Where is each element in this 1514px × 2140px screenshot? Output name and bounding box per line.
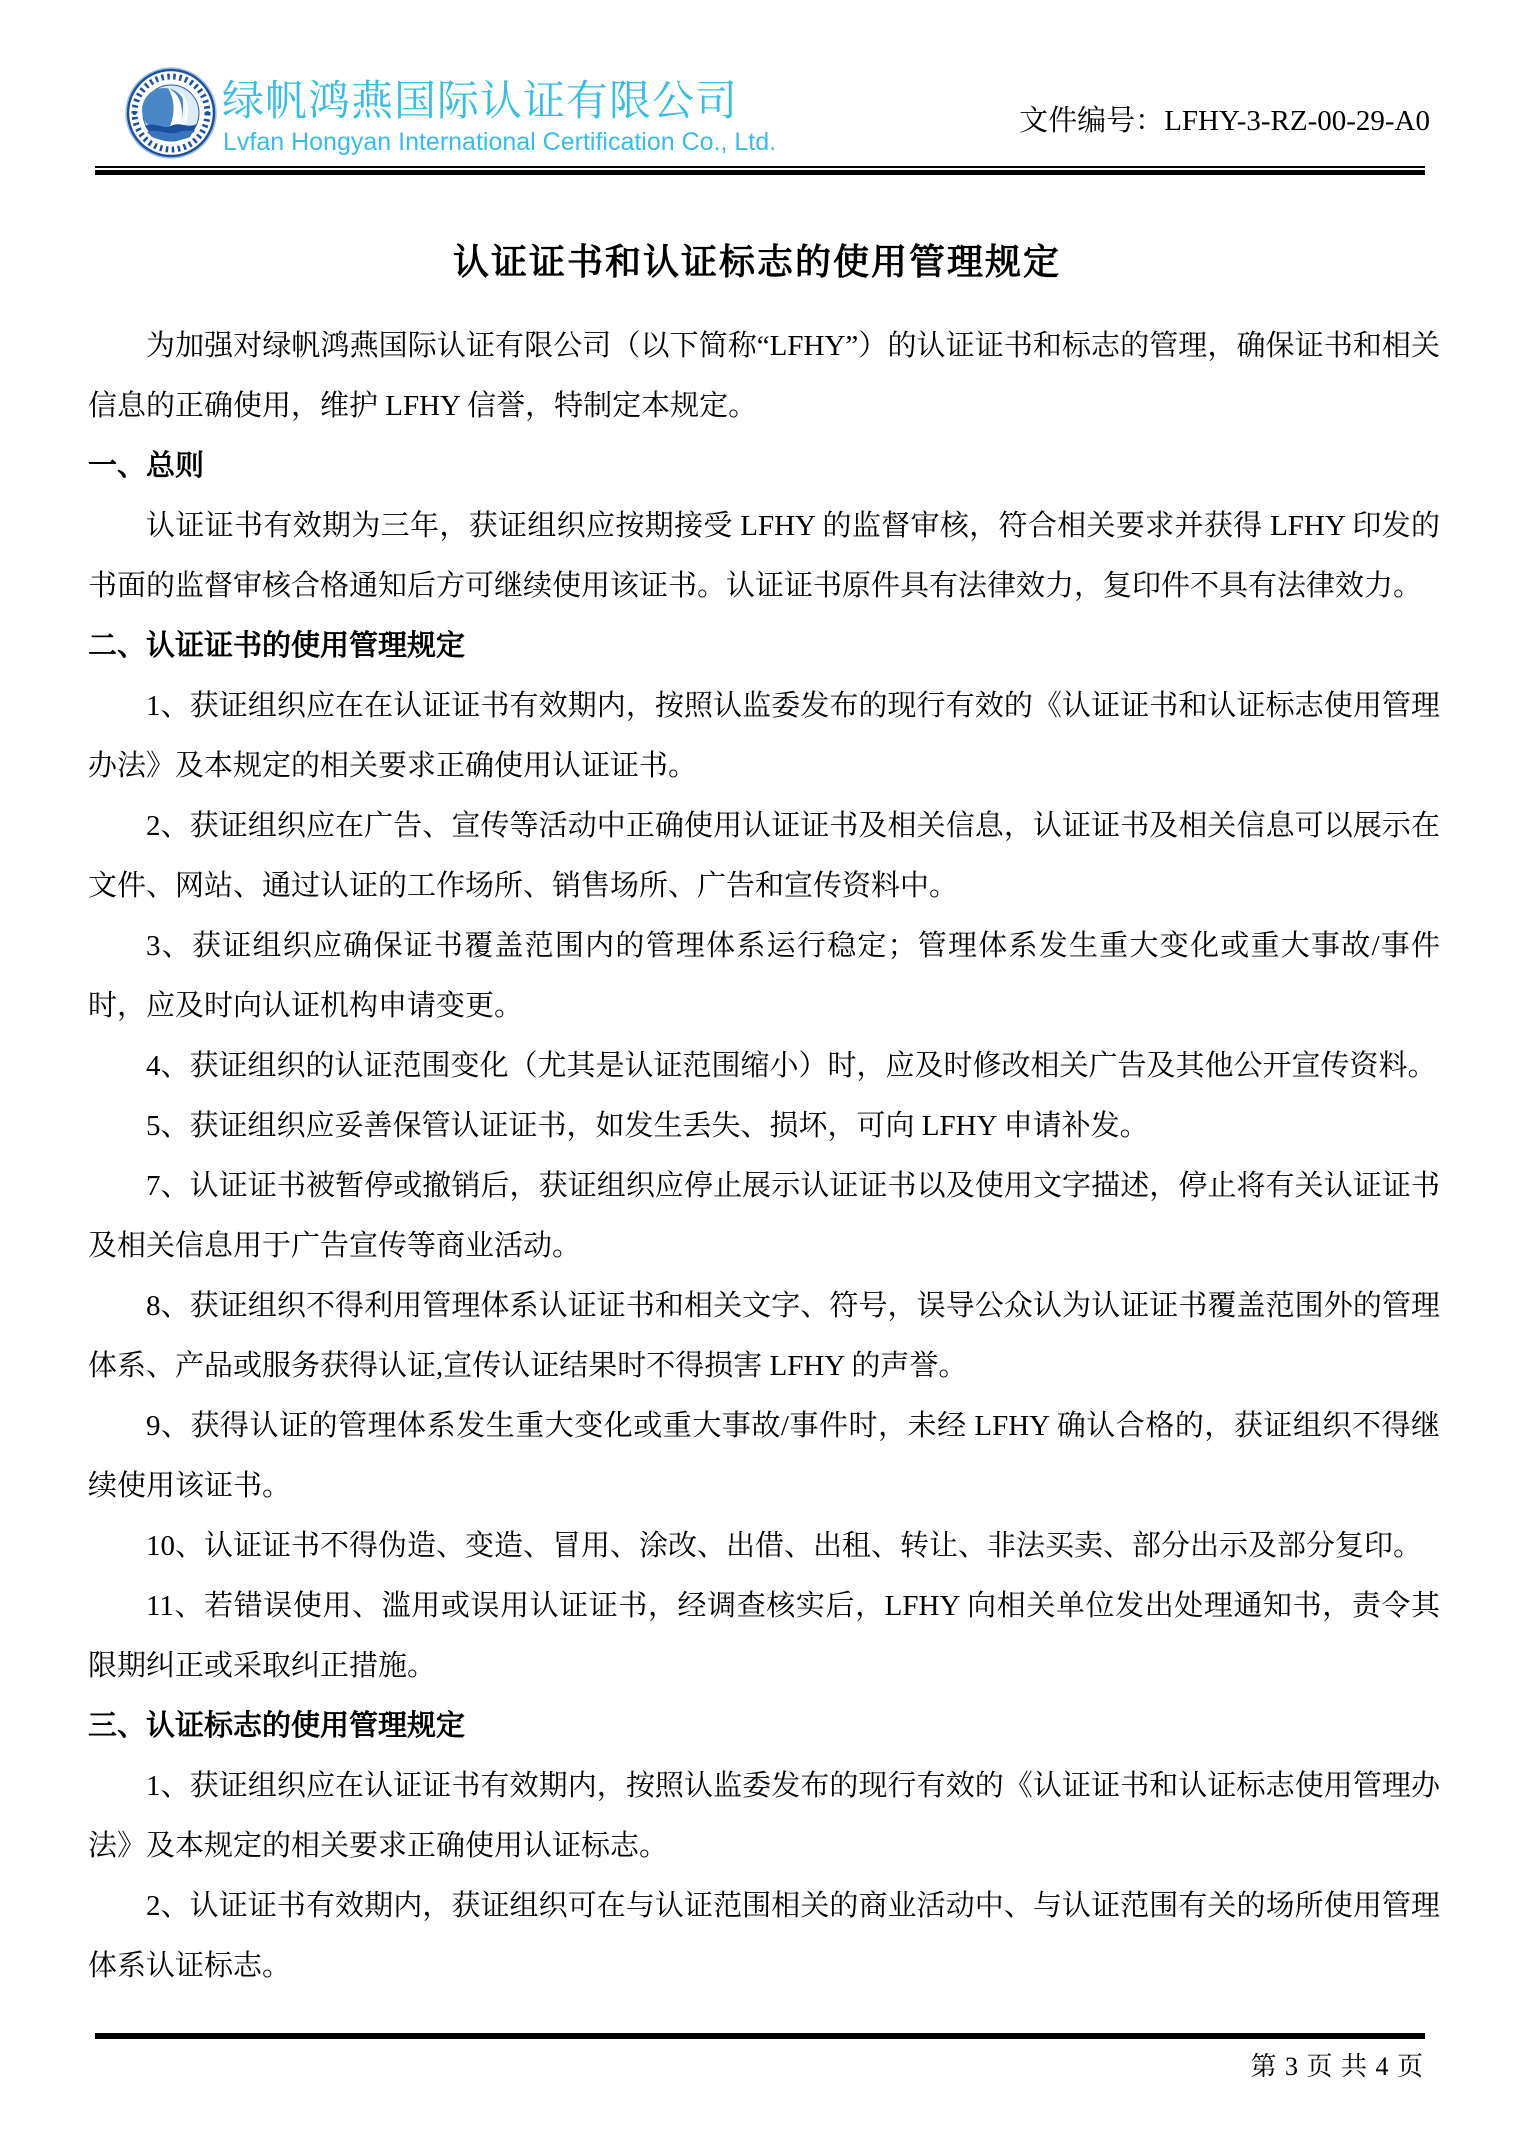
document-number: 文件编号：LFHY-3-RZ-00-29-A0 xyxy=(960,98,1430,139)
body-paragraph: 1、获证组织应在在认证证书有效期内，按照认监委发布的现行有效的《认证证书和认证标… xyxy=(88,676,1440,796)
company-logo-icon xyxy=(124,66,218,160)
document-number-value: LFHY-3-RZ-00-29-A0 xyxy=(1164,105,1430,137)
body-paragraph: 认证证书有效期为三年，获证组织应按期接受 LFHY 的监督审核，符合相关要求并获… xyxy=(88,496,1440,616)
section-heading: 二、认证证书的使用管理规定 xyxy=(88,616,1440,676)
document-page: 绿帆鸿燕国际认证有限公司 Lvfan Hongyan International… xyxy=(0,0,1514,2140)
page-title: 认证证书和认证标志的使用管理规定 xyxy=(90,234,1424,285)
body-paragraph: 8、获证组织不得利用管理体系认证证书和相关文字、符号，误导公众认为认证证书覆盖范… xyxy=(88,1276,1440,1396)
body-paragraph: 5、获证组织应妥善保管认证证书，如发生丢失、损坏，可向 LFHY 申请补发。 xyxy=(88,1096,1440,1156)
section-heading: 一、总则 xyxy=(88,436,1440,496)
body-paragraph: 3、获证组织应确保证书覆盖范围内的管理体系运行稳定；管理体系发生重大变化或重大事… xyxy=(88,916,1440,1036)
body-paragraph: 7、认证证书被暂停或撤销后，获证组织应停止展示认证证书以及使用文字描述，停止将有… xyxy=(88,1156,1440,1276)
body-paragraph: 11、若错误使用、滥用或误用认证证书，经调查核实后，LFHY 向相关单位发出处理… xyxy=(88,1576,1440,1696)
company-name-english: Lvfan Hongyan International Certificatio… xyxy=(223,128,776,157)
company-name-chinese: 绿帆鸿燕国际认证有限公司 xyxy=(222,68,738,128)
body-paragraph: 10、认证证书不得伪造、变造、冒用、涂改、出借、出租、转让、非法买卖、部分出示及… xyxy=(88,1516,1440,1576)
page-number: 第 3 页 共 4 页 xyxy=(900,2046,1424,2083)
document-number-label: 文件编号： xyxy=(1019,105,1164,137)
body-paragraph: 1、获证组织应在认证证书有效期内，按照认监委发布的现行有效的《认证证书和认证标志… xyxy=(88,1756,1440,1876)
document-body: 为加强对绿帆鸿燕国际认证有限公司（以下简称“LFHY”）的认证证书和标志的管理，… xyxy=(88,316,1440,1996)
body-paragraph: 2、认证证书有效期内，获证组织可在与认证范围相关的商业活动中、与认证范围有关的场… xyxy=(88,1876,1440,1996)
footer-rule xyxy=(95,2033,1425,2039)
header-rule-thick xyxy=(95,170,1425,175)
body-paragraph: 9、获得认证的管理体系发生重大变化或重大事故/事件时，未经 LFHY 确认合格的… xyxy=(88,1396,1440,1516)
body-paragraph: 为加强对绿帆鸿燕国际认证有限公司（以下简称“LFHY”）的认证证书和标志的管理，… xyxy=(88,316,1440,436)
body-paragraph: 4、获证组织的认证范围变化（尤其是认证范围缩小）时，应及时修改相关广告及其他公开… xyxy=(88,1036,1440,1096)
body-paragraph: 2、获证组织应在广告、宣传等活动中正确使用认证证书及相关信息，认证证书及相关信息… xyxy=(88,796,1440,916)
header-rule-thin xyxy=(95,166,1425,168)
section-heading: 三、认证标志的使用管理规定 xyxy=(88,1696,1440,1756)
